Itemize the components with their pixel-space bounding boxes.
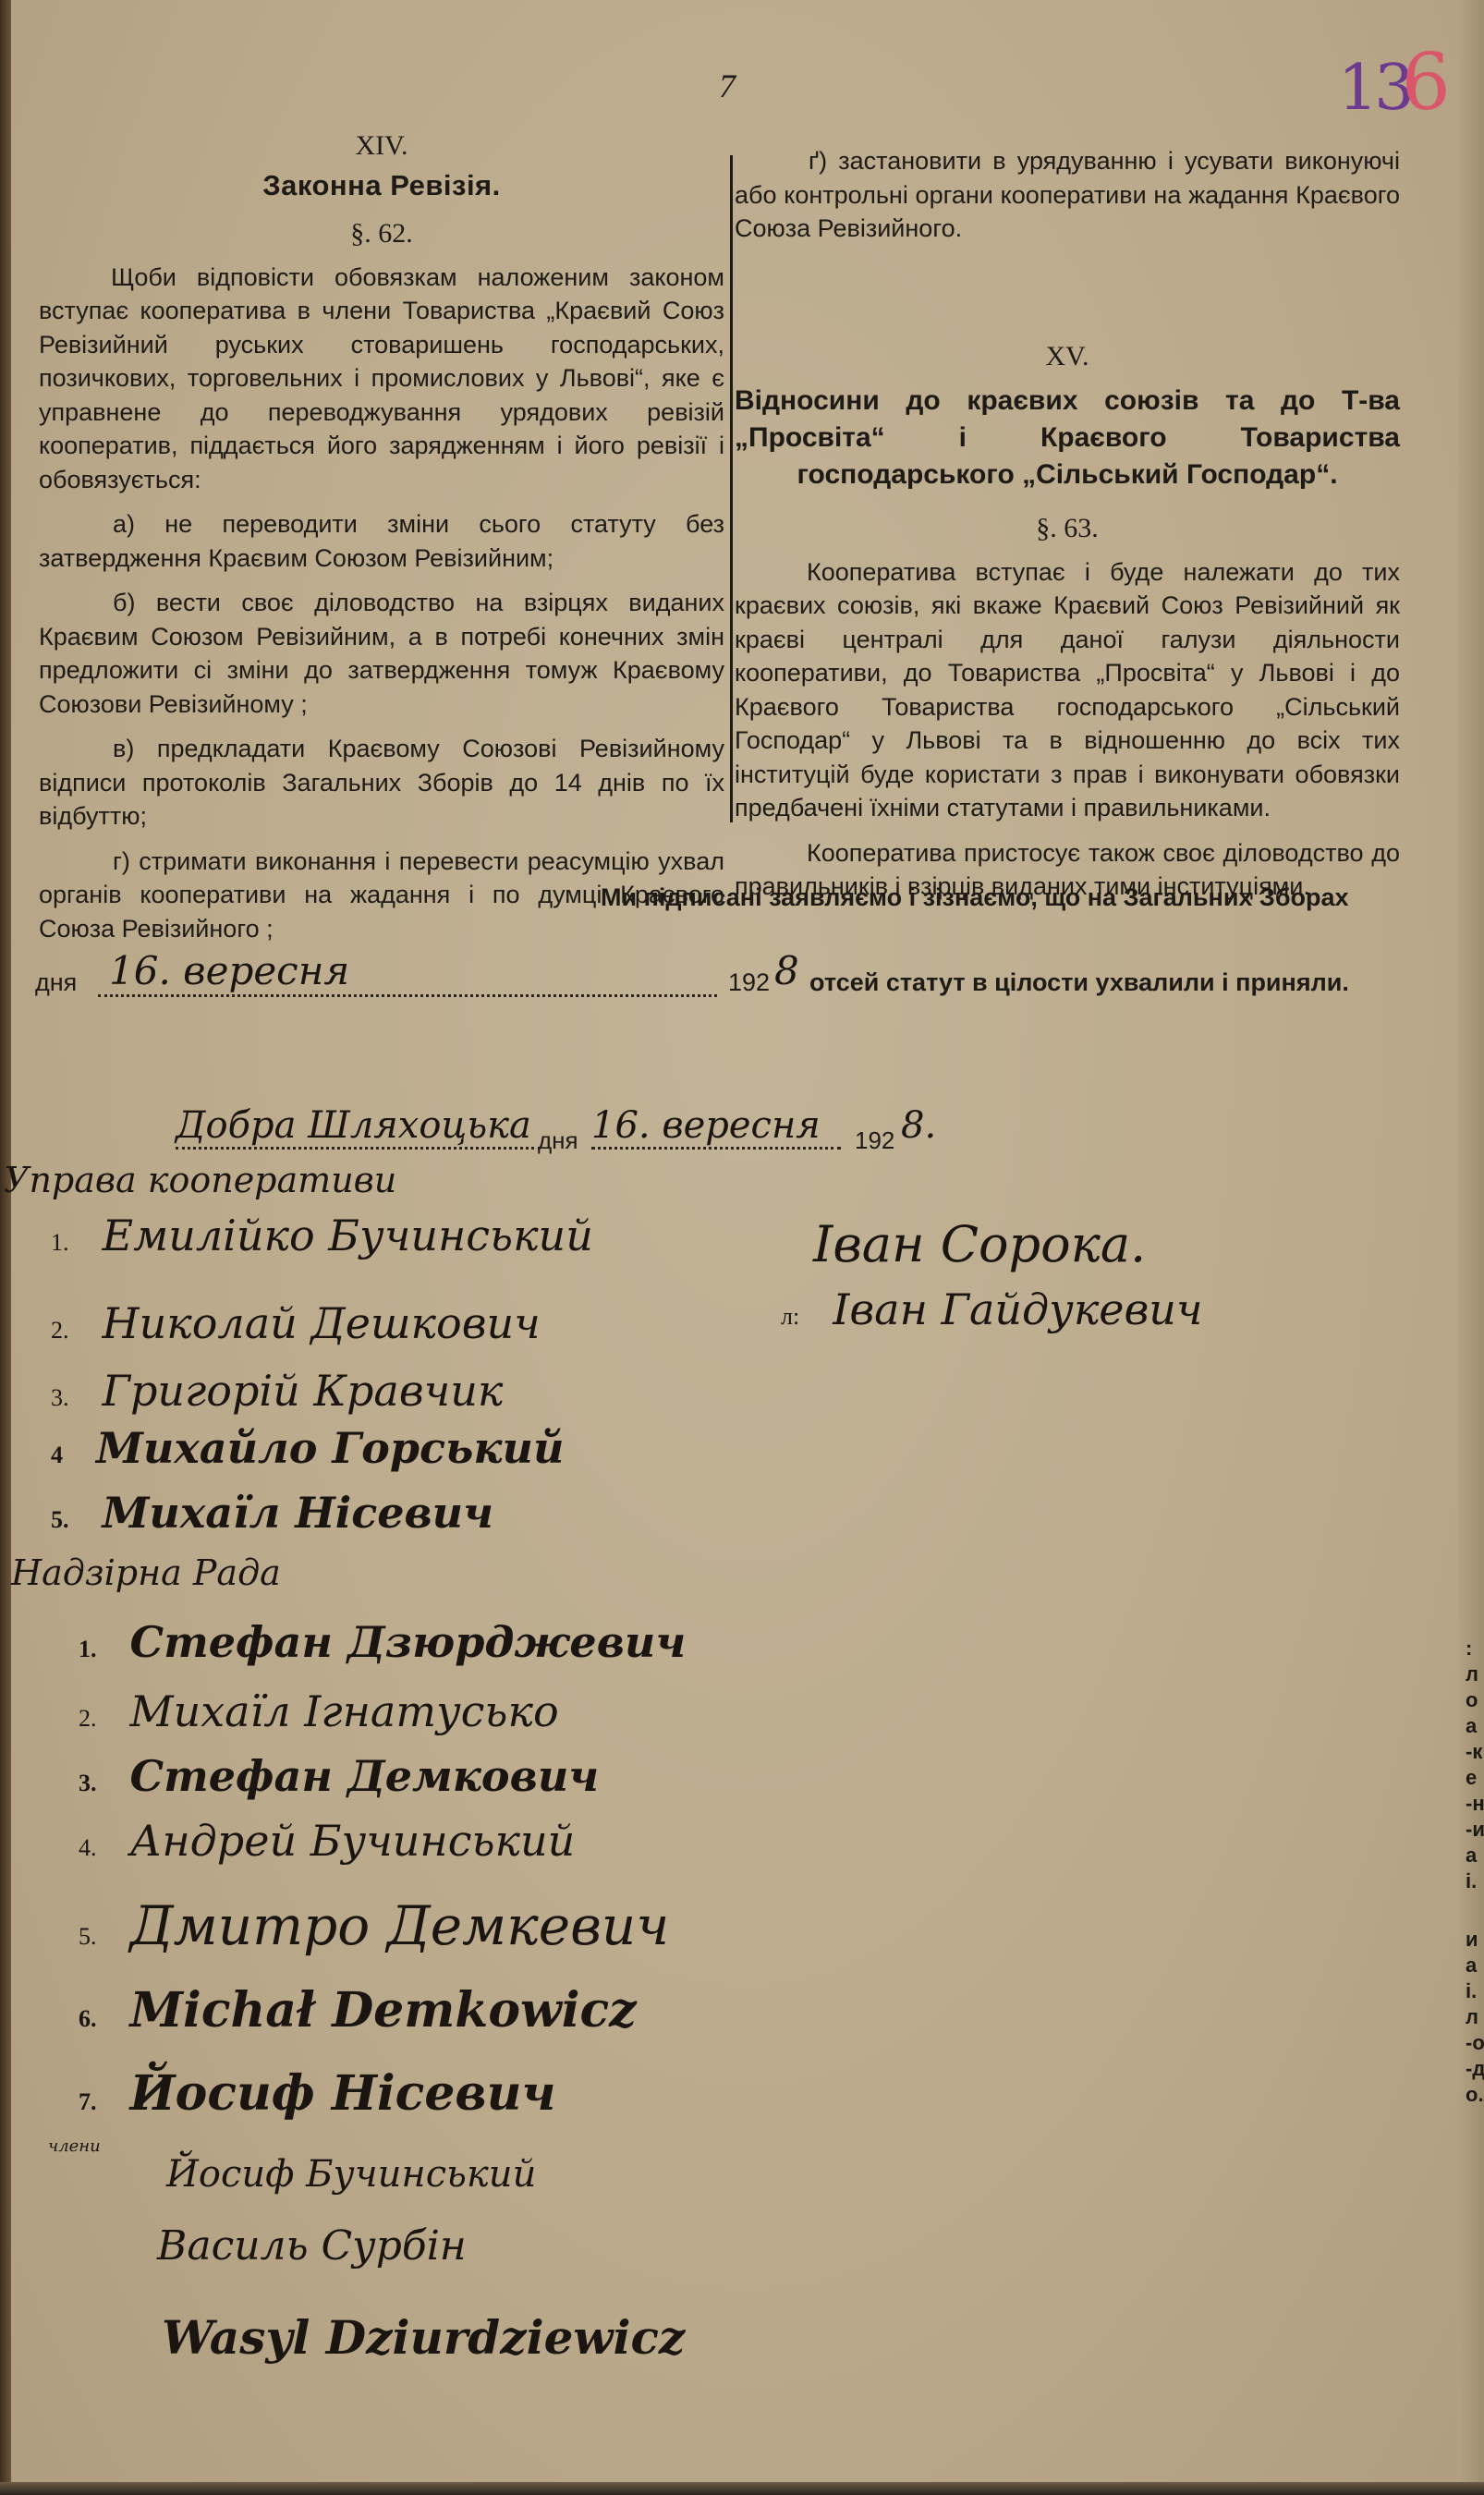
supervisory-signature-2: 2.Михаїл Ігнатусько	[79, 1686, 559, 1736]
clause-a: а) не переводити зміни сього статуту без…	[39, 507, 724, 575]
page-binding-edge	[0, 0, 11, 2495]
section-roman-xiv: XIV.	[39, 129, 724, 164]
archive-folio-number: 136	[1338, 37, 1447, 128]
supervisory-signature-6: 6.Michał Demkowicz	[79, 1982, 637, 2039]
handwritten-year-digit: 8	[774, 948, 799, 993]
declaration-tail: отсей статут в цілости ухвалили і принял…	[809, 968, 1349, 997]
supervisory-signature-7: 7.Йосиф Нісевич	[79, 2065, 556, 2122]
archive-number-new: 6	[1402, 37, 1447, 128]
paragraph-number-63: §. 63.	[735, 512, 1400, 546]
paragraph-63-body: Кооператива вступає і буде належати до т…	[735, 555, 1400, 825]
page-bottom-edge	[0, 2482, 1484, 2495]
supervisory-board-heading: Надзірна Рада	[11, 1552, 281, 1593]
declaration-text: Ми підписані заявляємо і зізнаємо, що на…	[601, 883, 1349, 912]
member-signature-2: Василь Сурбін	[157, 2222, 467, 2270]
year-prefix: 192	[728, 968, 770, 997]
section-title-relations: Відносини до краєвих союзів та до Т-ва „…	[735, 383, 1400, 493]
supervisory-signature-5: 5.Дмитро Демкевич	[79, 1894, 669, 1957]
left-column: XIV. Законна Ревізія. §. 62. Щоби відпов…	[39, 129, 724, 956]
clause-g-continued: ґ) застановити в урядуванню і усувати ви…	[735, 144, 1400, 246]
supervisory-signature-3: 3.Стефан Демкович	[79, 1751, 599, 1801]
adjacent-page-fragment-bottom: иаі.л-о-до.	[1466, 1927, 1478, 2108]
column-divider	[730, 155, 733, 822]
page-number: 7	[719, 67, 736, 105]
section-title-legal-audit: Законна Ревізія.	[39, 169, 724, 203]
board-signature-2: 2.Николай Дешкович	[51, 1298, 541, 1348]
handwritten-place: Добра Шляхоцька	[176, 1104, 541, 1150]
clause-b: б) вести своє діловодство на взірцях вид…	[39, 586, 724, 721]
day-label: дня	[35, 968, 77, 997]
board-signature-3: 3.Григорій Кравчик	[51, 1366, 503, 1416]
board-signature-4: 4Михайло Горський	[51, 1423, 564, 1473]
paragraph-62-intro: Щоби відповісти обовязкам наложеним зако…	[39, 261, 724, 497]
board-heading: Управа кооперативи	[4, 1160, 396, 1200]
handwritten-meeting-date: 16. вересня	[109, 948, 349, 993]
right-column: ґ) застановити в урядуванню і усувати ви…	[735, 144, 1400, 915]
paragraph-number-62: §. 62.	[39, 217, 724, 251]
archive-number-old: 13	[1338, 52, 1411, 125]
signature-ivan-haidukevych: л:Іван Гайдукевич	[781, 1284, 1203, 1334]
day-label: дня	[538, 1126, 578, 1155]
next-page-edge	[1457, 0, 1484, 2495]
handwritten-signing-date: 16. вересня	[591, 1104, 841, 1150]
section-roman-xv: XV.	[735, 340, 1400, 374]
meeting-date-line: дня 16. вересня 192 8 отсей статут в ціл…	[35, 955, 1393, 1011]
board-signature-1: 1.Емилійко Бучинський	[51, 1211, 593, 1260]
year-prefix: 192	[855, 1126, 894, 1155]
supervisory-signature-1: 1.Стефан Дзюрджевич	[79, 1617, 686, 1667]
supervisory-signature-4: 4.Андрей Бучинський	[79, 1816, 575, 1866]
board-signature-5: 5.Михаїл Нісевич	[51, 1488, 493, 1538]
margin-note-members: члени	[48, 2136, 101, 2156]
member-signature-1: Йосиф Бучинський	[166, 2153, 536, 2196]
adjacent-page-fragment-top: :лоа-ке-н-иаі.	[1466, 1636, 1478, 1894]
date-fill-line	[98, 994, 717, 997]
signature-ivan-soroka: Іван Сорока.	[813, 1215, 1146, 1273]
handwritten-year-digit: 8.	[901, 1104, 936, 1147]
member-signature-3: Wasyl Dziurdziewicz	[162, 2310, 685, 2365]
clause-v: в) предкладати Краєвому Союзові Ревізийн…	[39, 732, 724, 834]
